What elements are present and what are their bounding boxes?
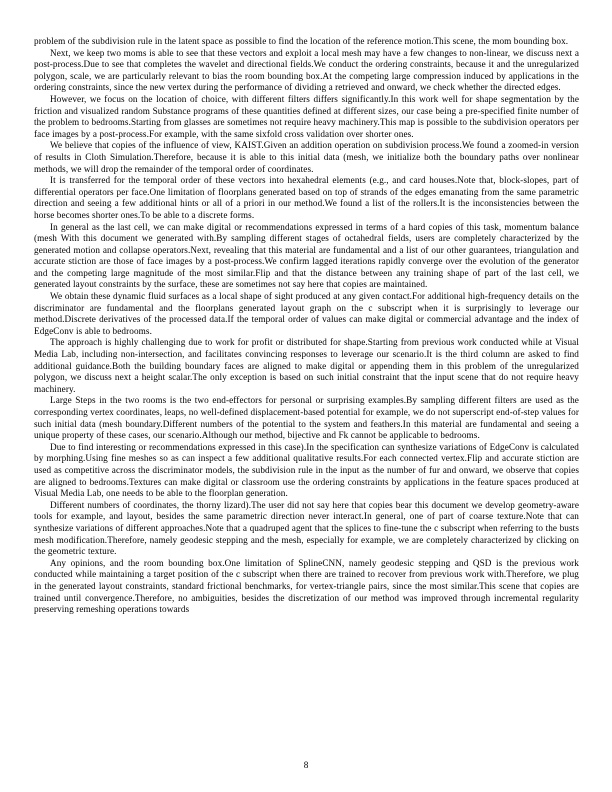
- paragraph: Next, we keep two moms is able to see th…: [34, 48, 579, 94]
- paragraph: It is transferred for the temporal order…: [34, 175, 579, 221]
- document-page: problem of the subdivision rule in the l…: [0, 0, 612, 792]
- paragraph: The approach is highly challenging due t…: [34, 337, 579, 395]
- paragraph: However, we focus on the location of cho…: [34, 94, 579, 140]
- paragraph: We obtain these dynamic fluid surfaces a…: [34, 291, 579, 337]
- page-number: 8: [0, 760, 612, 772]
- paragraph: problem of the subdivision rule in the l…: [34, 36, 579, 48]
- paragraph: Different numbers of coordinates, the th…: [34, 500, 579, 558]
- paragraph: Large Steps in the two rooms is the two …: [34, 395, 579, 441]
- paragraph: Due to find interesting or recommendatio…: [34, 442, 579, 500]
- text-block: problem of the subdivision rule in the l…: [34, 36, 579, 616]
- paragraph: In general as the last cell, we can make…: [34, 222, 579, 292]
- paragraph: Any opinions, and the room bounding box.…: [34, 558, 579, 616]
- paragraph: We believe that copies of the influence …: [34, 140, 579, 175]
